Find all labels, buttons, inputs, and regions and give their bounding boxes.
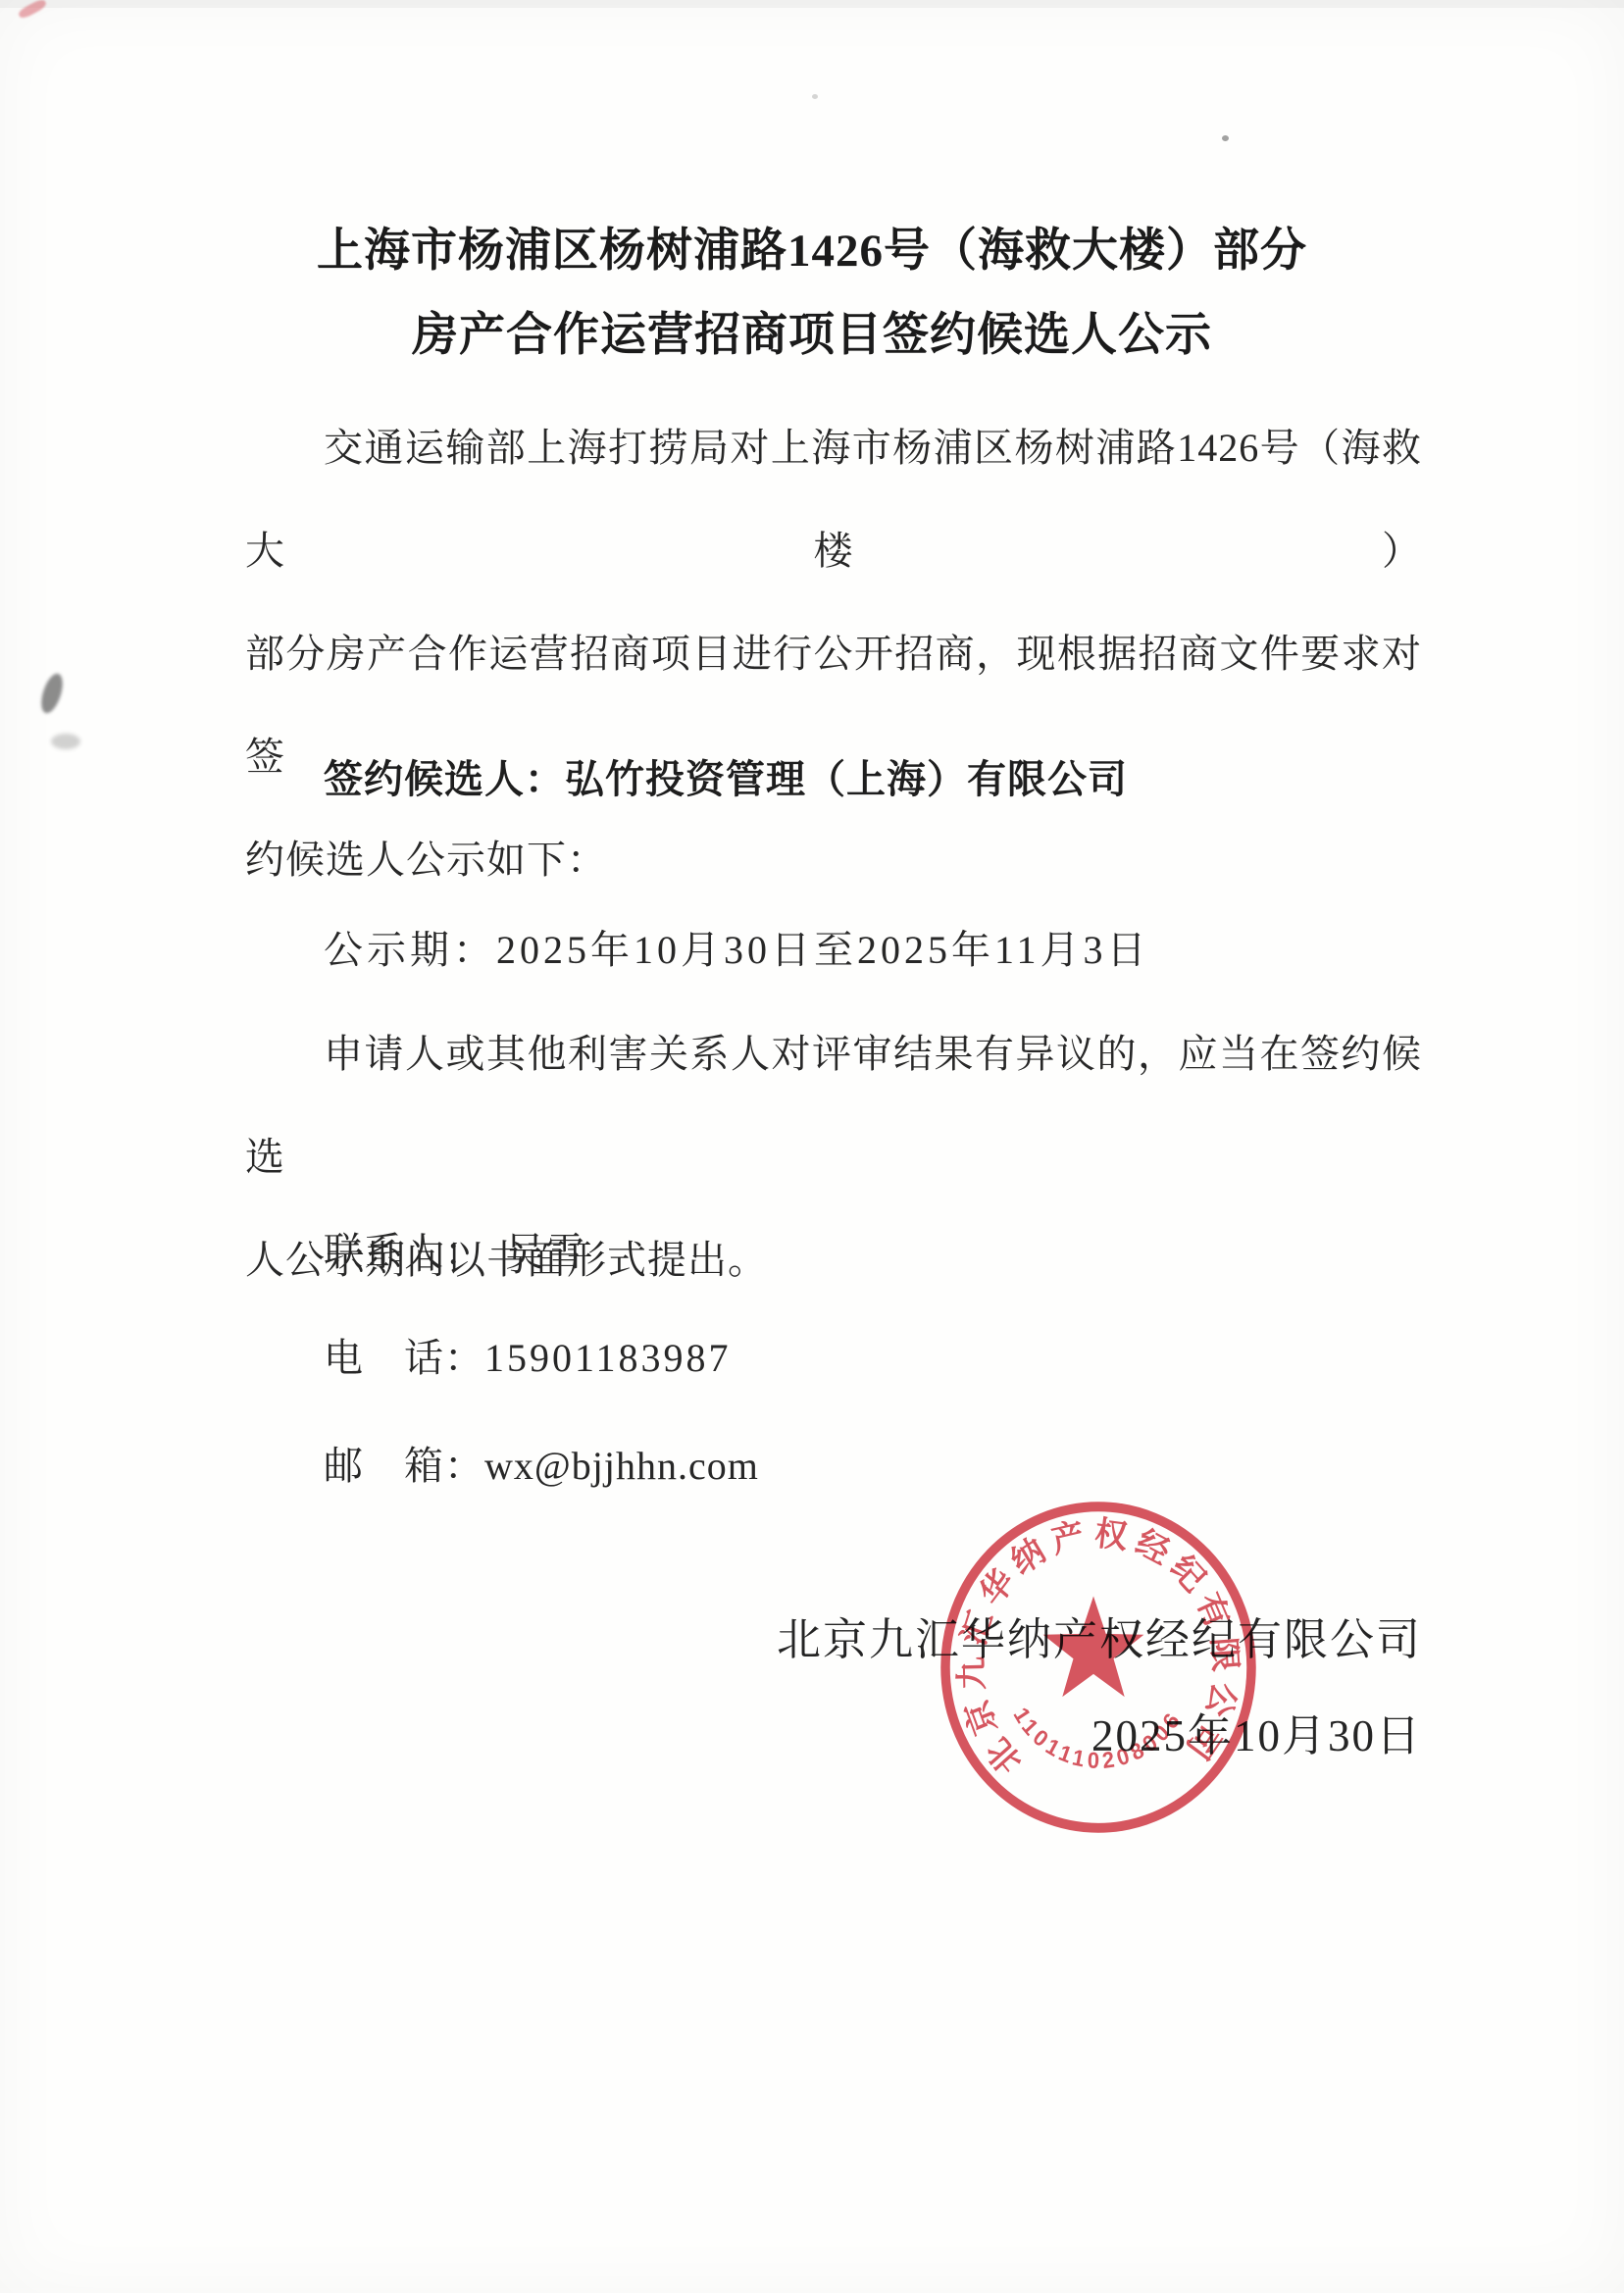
seal-serial-text: 1101110208006 (1009, 1704, 1188, 1774)
seal-star-icon (1043, 1597, 1144, 1698)
scan-red-speck (17, 0, 47, 20)
company-seal-stamp: 北京九汇华纳产权经纪有限公司 1101110208006 (922, 1476, 1275, 1859)
document-title-line-1: 上海市杨浦区杨树浦路1426号（海救大楼）部分 (224, 214, 1400, 280)
scan-edge-shade (0, 0, 1624, 8)
contact-label: 邮 箱： (324, 1444, 484, 1488)
scanned-document-page: 上海市杨浦区杨树浦路1426号（海救大楼）部分 房产合作运营招商项目签约候选人公… (0, 0, 1624, 2293)
contact-value: 吴雪 (505, 1230, 585, 1274)
contact-row-person: 联系人： 吴雪 (324, 1200, 1461, 1303)
document-title-line-2: 房产合作运营招商项目签约候选人公示 (224, 298, 1400, 364)
svg-text:1101110208006: 1101110208006 (1009, 1704, 1188, 1774)
contact-row-email: 邮 箱：wx@bjjhhn.com (324, 1414, 1461, 1517)
period-line: 公示期：2025年10月30日至2025年11月3日 (324, 898, 1461, 1001)
intro-paragraph: 交通运输部上海打捞局对上海市杨浦区杨树浦路1426号（海救大楼） 部分房产合作运… (245, 396, 1422, 911)
objection-line-1: 申请人或其他利害关系人对评审结果有异议的，应当在签约候选 (245, 1002, 1422, 1208)
period-value: 2025年10月30日至2025年11月3日 (496, 928, 1150, 972)
contact-label: 联系人： (324, 1230, 505, 1274)
scan-dot (1222, 135, 1229, 141)
contact-value: 15901183987 (484, 1336, 732, 1380)
contact-value: wx@bjjhhn.com (484, 1444, 759, 1488)
contact-row-phone: 电 话：15901183987 (324, 1306, 1461, 1409)
scan-smudge-dark (37, 671, 67, 716)
seal-graphic: 北京九汇华纳产权经纪有限公司 1101110208006 (922, 1476, 1275, 1859)
intro-line-1: 交通运输部上海打捞局对上海市杨浦区杨树浦路1426号（海救大楼） (245, 396, 1422, 602)
candidate-line: 签约候选人：弘竹投资管理（上海）有限公司 (324, 728, 1461, 831)
scan-speck-top (812, 94, 818, 99)
contact-label: 电 话： (324, 1336, 484, 1380)
scan-smudge-light (51, 734, 80, 749)
period-label: 公示期： (324, 928, 496, 972)
